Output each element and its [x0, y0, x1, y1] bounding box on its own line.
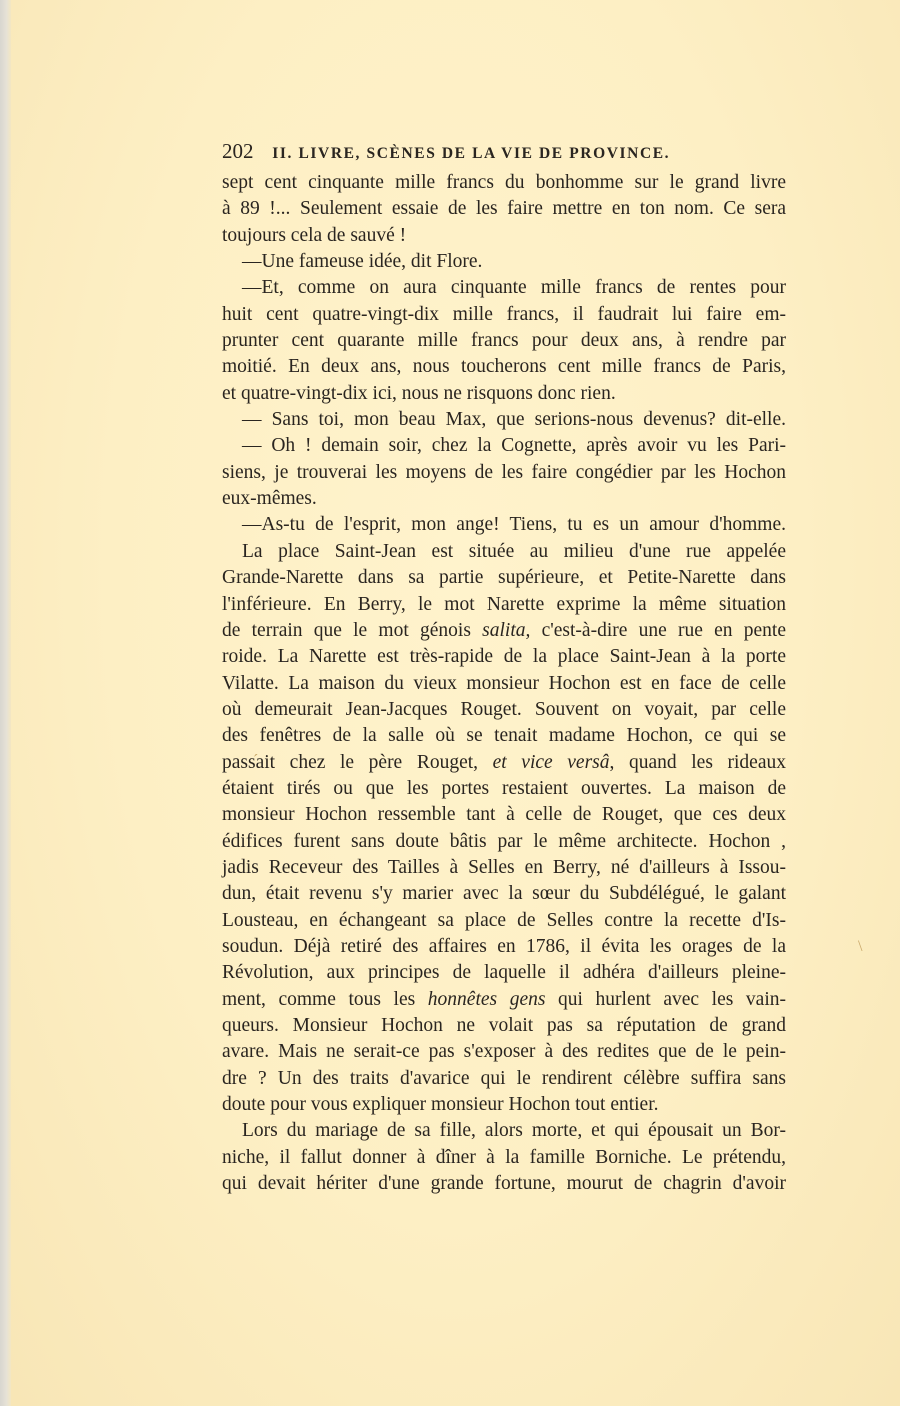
- text-line: doute pour vous expliquer monsieur Hocho…: [222, 1092, 786, 1118]
- text-line: passait chez le père Rouget, et vice ver…: [222, 750, 786, 776]
- text-line: —Une fameuse idée, dit Flore.: [222, 249, 786, 275]
- text-line: roide. La Narette est très-rapide de la …: [222, 644, 786, 670]
- page-number: 202: [222, 139, 254, 163]
- text-line: —As-tu de l'esprit, mon ange! Tiens, tu …: [222, 512, 786, 538]
- text-line: soudun. Déjà retiré des affaires en 1786…: [222, 934, 786, 960]
- text-segment: , quand les rideaux: [610, 752, 786, 773]
- text-line: moitié. En deux ans, nous toucherons cen…: [222, 354, 786, 380]
- text-segment: ment, comme tous les: [222, 989, 428, 1010]
- text-segment: c'est-à-dire une rue en pente: [530, 620, 786, 641]
- text-line: niche, il fallut donner à dîner à la fam…: [222, 1145, 786, 1171]
- page-header: 202 II. LIVRE, SCÈNES DE LA VIE DE PROVI…: [222, 138, 788, 167]
- text-line: jadis Receveur des Tailles à Selles en B…: [222, 855, 786, 881]
- text-line: — Oh ! demain soir, chez la Cognette, ap…: [222, 433, 786, 459]
- text-line: étaient tirés ou que les portes restaien…: [222, 776, 786, 802]
- scan-edge-strip: [0, 0, 11, 1406]
- text-line: Lors du mariage de sa fille, alors morte…: [222, 1118, 786, 1144]
- text-segment: qui hurlent avec les vain-: [545, 989, 786, 1010]
- text-line: monsieur Hochon ressemble tant à celle d…: [222, 802, 786, 828]
- running-title: II. LIVRE, SCÈNES DE LA VIE DE PROVINCE.: [272, 145, 670, 162]
- text-line: Grande-Narette dans sa partie supérieure…: [222, 565, 786, 591]
- text-line: l'inférieure. En Berry, le mot Narette e…: [222, 592, 786, 618]
- text-line: à 89 !... Seulement essaie de les faire …: [222, 196, 786, 222]
- text-line: dre ? Un des traits d'avarice qui le ren…: [222, 1066, 786, 1092]
- text-line: toujours cela de sauvé !: [222, 223, 786, 249]
- italic-phrase: honnêtes gens: [428, 989, 546, 1010]
- text-line: de terrain que le mot génois salita, c'e…: [222, 618, 786, 644]
- text-line: Lousteau, en échangeant sa place de Sell…: [222, 908, 786, 934]
- text-segment: de terrain que le mot génois: [222, 620, 482, 641]
- text-line: édifices furent sans doute bâtis par le …: [222, 829, 786, 855]
- text-segment: passait chez le père Rouget,: [222, 752, 493, 773]
- text-line: où demeurait Jean-Jacques Rouget. Souven…: [222, 697, 786, 723]
- scan-speck: \: [858, 938, 862, 956]
- page-body-text: sept cent cinquante mille francs du bonh…: [222, 170, 786, 1197]
- text-line: huit cent quatre-vingt-dix mille francs,…: [222, 302, 786, 328]
- text-line: siens, je trouverai les moyens de les fa…: [222, 460, 786, 486]
- text-line: prunter cent quarante mille francs pour …: [222, 328, 786, 354]
- text-line: ment, comme tous les honnêtes gens qui h…: [222, 987, 786, 1013]
- text-line: —Et, comme on aura cinquante mille franc…: [222, 275, 786, 301]
- text-line: La place Saint-Jean est située au milieu…: [222, 539, 786, 565]
- text-line: Vilatte. La maison du vieux monsieur Hoc…: [222, 671, 786, 697]
- text-line: des fenêtres de la salle où se tenait ma…: [222, 723, 786, 749]
- scan-speck: ´: [253, 752, 258, 770]
- text-line: avare. Mais ne serait-ce pas s'exposer à…: [222, 1039, 786, 1065]
- text-line: et quatre-vingt-dix ici, nous ne risquon…: [222, 381, 786, 407]
- text-line: sept cent cinquante mille francs du bonh…: [222, 170, 786, 196]
- text-line: qui devait hériter d'une grande fortune,…: [222, 1171, 786, 1197]
- text-line: dun, était revenu s'y marier avec la sœu…: [222, 881, 786, 907]
- italic-phrase: salita,: [482, 620, 530, 641]
- italic-phrase: et vice versâ: [493, 752, 610, 773]
- text-line: Révolution, aux principes de laquelle il…: [222, 960, 786, 986]
- text-line: eux-mêmes.: [222, 486, 786, 512]
- text-line: — Sans toi, mon beau Max, que serions-no…: [222, 407, 786, 433]
- text-line: queurs. Monsieur Hochon ne volait pas sa…: [222, 1013, 786, 1039]
